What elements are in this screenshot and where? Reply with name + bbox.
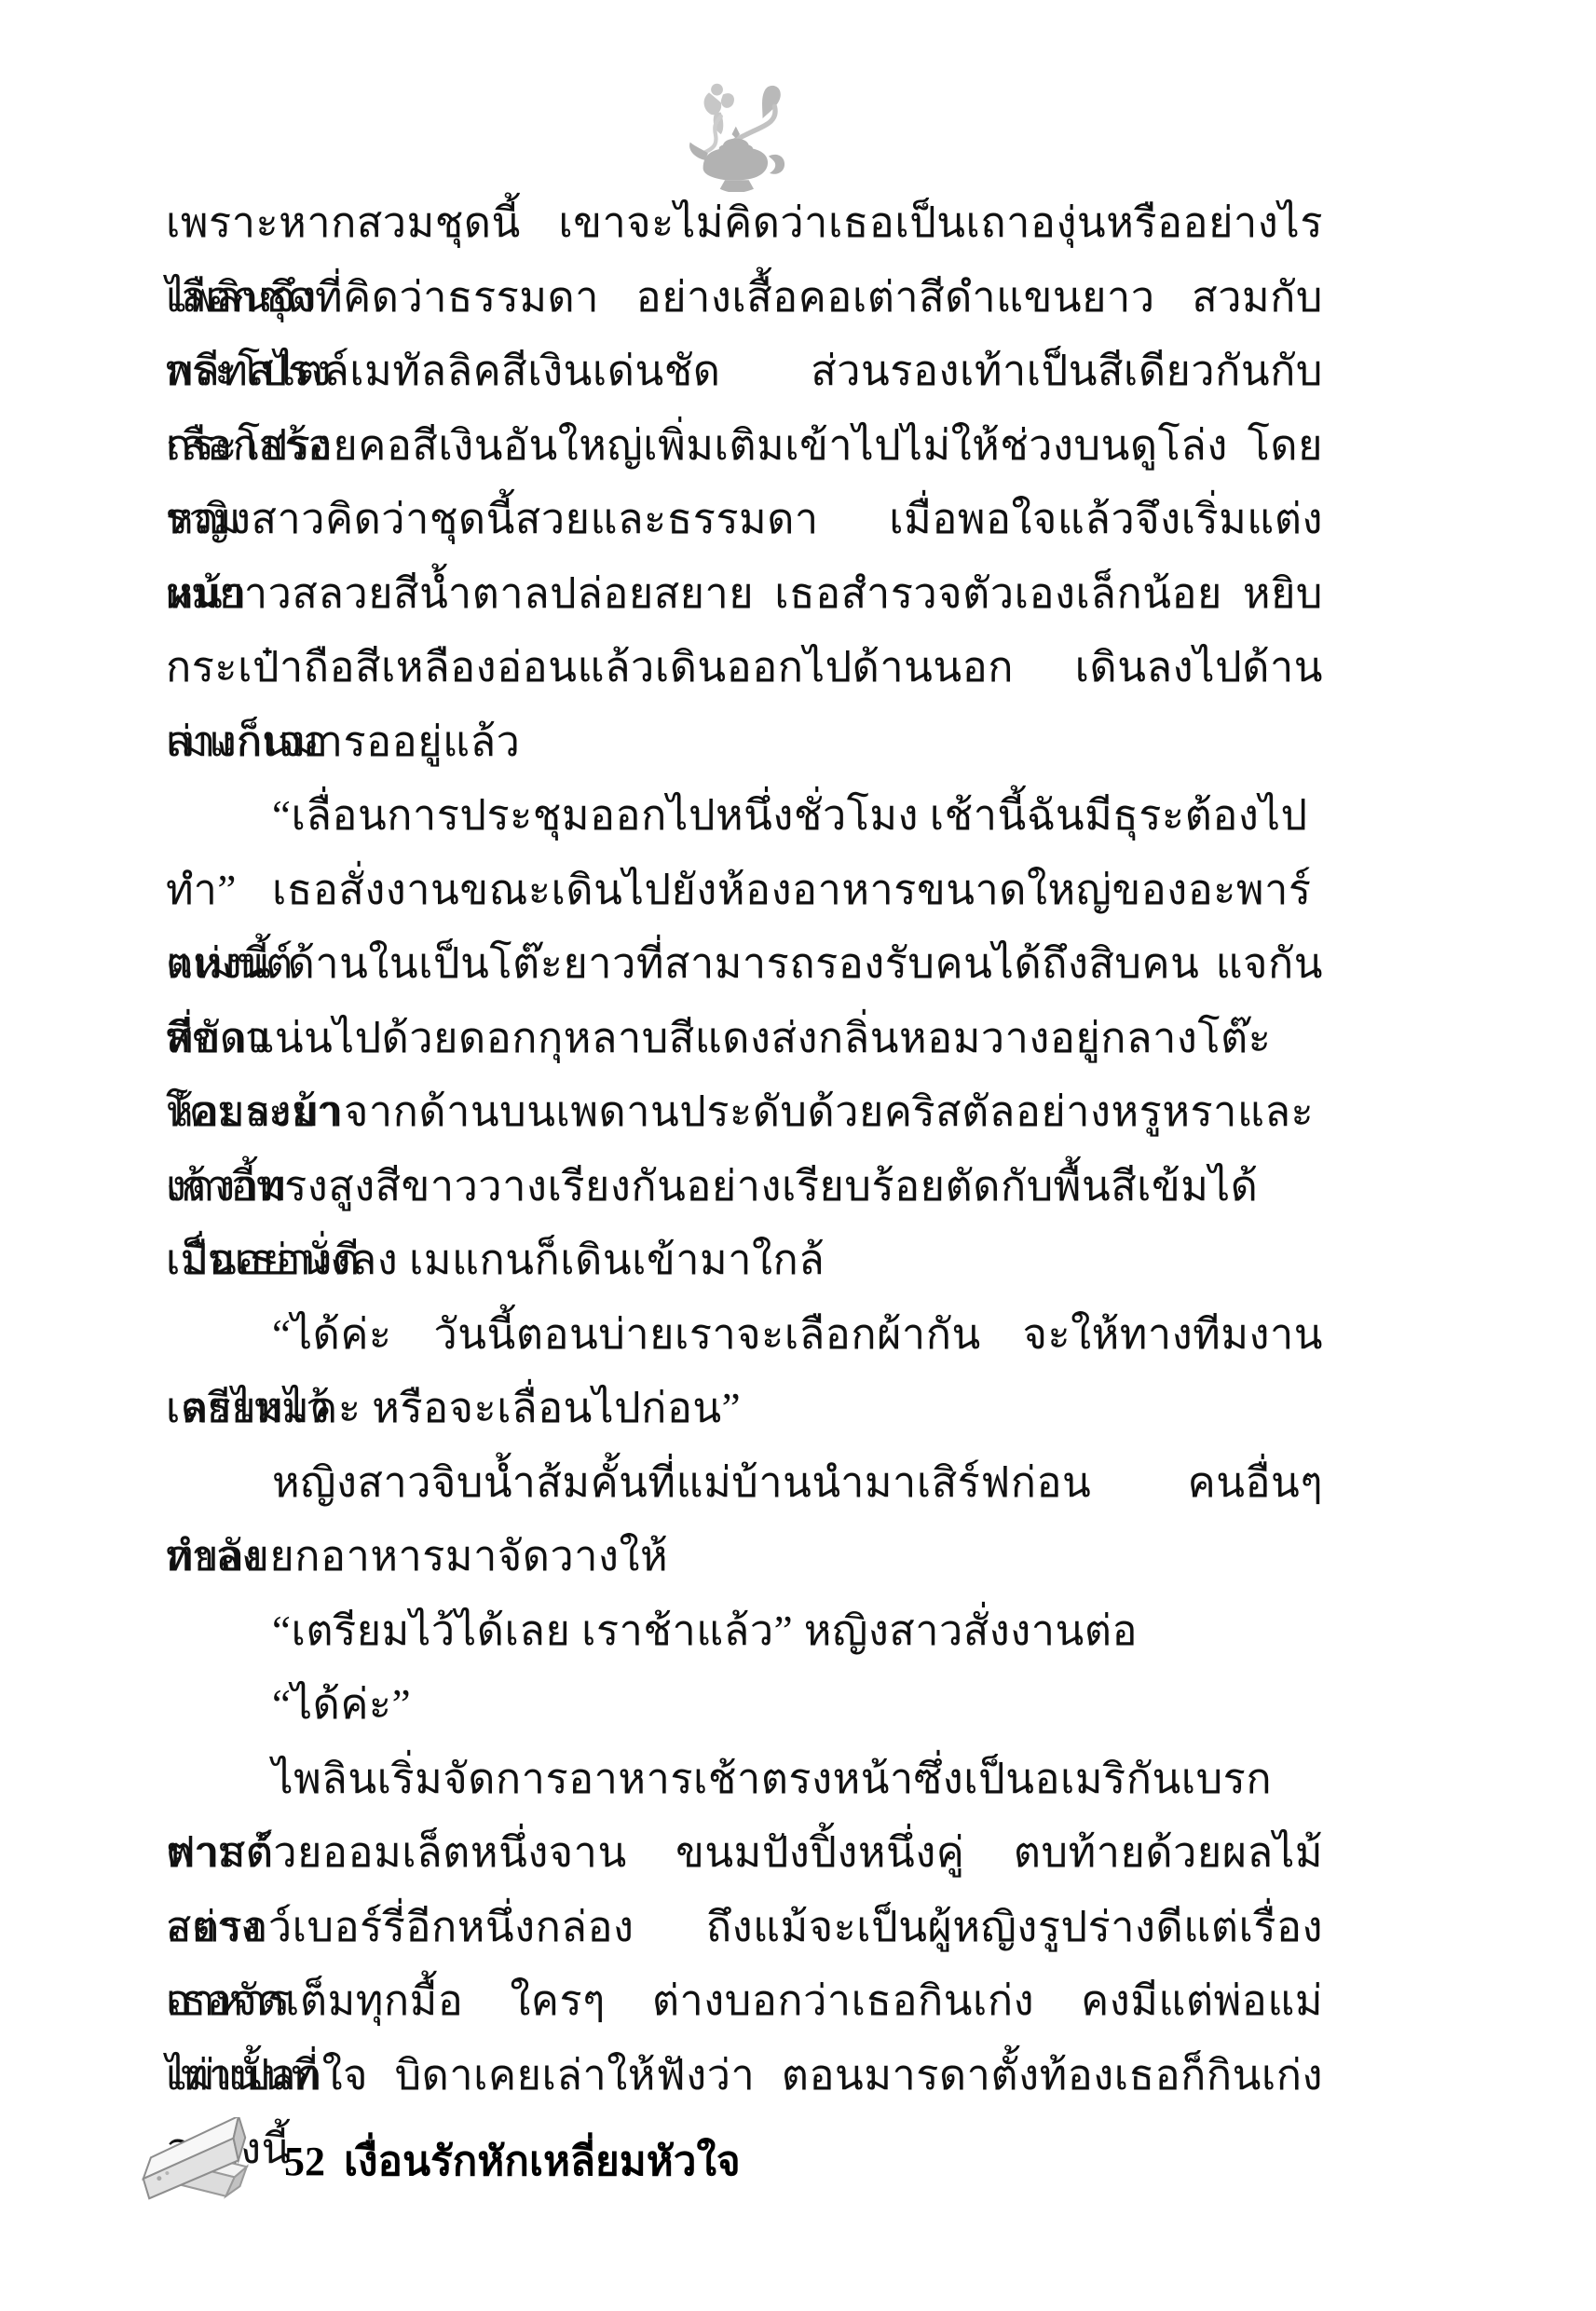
text-line: พลีทสไตล์เมทัลลิคสีเงินเด่นชัด ส่วนรองเท… <box>166 335 1323 409</box>
text-line: “เลื่อนการประชุมออกไปหนึ่งชั่วโมง เช้านี… <box>166 779 1323 854</box>
text-line: ห้อยลงมาจากด้านบนเพดานประดับด้วยคริสตัลอ… <box>166 1075 1323 1150</box>
text-line: เลือกสร้อยคอสีเงินอันใหญ่เพิ่มเติมเข้าไป… <box>166 409 1323 484</box>
text-line: เมแกนมารออยู่แล้ว <box>166 705 1323 780</box>
book-page: เพราะหากสวมชุดนี้ เขาจะไม่คิดว่าเธอเป็นเ… <box>0 0 1596 2311</box>
text-line: เก้าอี้ทรงสูงสีขาววางเรียงกันอย่างเรียบร… <box>166 1150 1323 1224</box>
text-line: ที่อัดแน่นไปด้วยดอกกุหลาบสีแดงส่งกลิ่นหอ… <box>166 1002 1323 1076</box>
page-number: 52 <box>284 2138 325 2185</box>
text-line: ผมยาวสลวยสีน้ำตาลปล่อยสยาย เธอสำรวจตัวเอ… <box>166 557 1323 632</box>
text-line: หญิงสาวจิบน้ำส้มคั้นที่แม่บ้านนำมาเสิร์ฟ… <box>166 1446 1323 1521</box>
text-line: เลือกชุดที่คิดว่าธรรมดา อย่างเสื้อคอเต่า… <box>166 261 1323 335</box>
text-line: เธอสั่งงานขณะเดินไปยังห้องอาหารขนาดใหญ่ข… <box>166 854 1323 928</box>
genie-lamp-ornament-icon <box>678 73 799 192</box>
text-line: แห่งนี้ ด้านในเป็นโต๊ะยาวที่สามารถรองรับ… <box>166 927 1323 1002</box>
text-line: เลยไหมคะ หรือจะเลื่อนไปก่อน” <box>166 1372 1323 1446</box>
text-line: “ได้ค่ะ” <box>166 1668 1323 1743</box>
text-line: “ได้ค่ะ วันนี้ตอนบ่ายเราจะเลือกผ้ากัน จะ… <box>166 1298 1323 1373</box>
text-line: “เตรียมไว้ได้เลย เราช้าแล้ว” หญิงสาวสั่ง… <box>166 1594 1323 1669</box>
silver-bars-icon <box>126 2117 264 2218</box>
text-line: ตามด้วยออมเล็ตหนึ่งจาน ขนมปังปิ้งหนึ่งคู… <box>166 1816 1323 1891</box>
body-text: เพราะหากสวมชุดนี้ เขาจะไม่คิดว่าเธอเป็นเ… <box>166 186 1323 2113</box>
footer-text: 52 เงื่อนรักหักเหลี่ยมหัวใจ <box>284 2128 741 2194</box>
text-line: เมื่อเธอนั่งลง เมแกนก็เดินเข้ามาใกล้ <box>166 1224 1323 1298</box>
book-title: เงื่อนรักหักเหลี่ยมหัวใจ <box>344 2128 741 2194</box>
text-line: เพราะหากสวมชุดนี้ เขาจะไม่คิดว่าเธอเป็นเ… <box>166 186 1323 261</box>
text-line: ทยอยยกอาหารมาจัดวางให้ <box>166 1520 1323 1594</box>
text-line: สตรอว์เบอร์รี่อีกหนึ่งกล่อง ถึงแม้จะเป็น… <box>166 1891 1323 1965</box>
page-footer: 52 เงื่อนรักหักเหลี่ยมหัวใจ <box>126 2117 741 2218</box>
text-line: กระเป๋าถือสีเหลืองอ่อนแล้วเดินออกไปด้านน… <box>166 631 1323 705</box>
text-line: ไม่แปลกใจ บิดาเคยเล่าให้ฟังว่า ตอนมารดาต… <box>166 2039 1323 2113</box>
text-line: ไพลินเริ่มจัดการอาหารเช้าตรงหน้าซึ่งเป็น… <box>166 1743 1323 1817</box>
text-line: เธอจัดเต็มทุกมื้อ ใครๆ ต่างบอกว่าเธอกินเ… <box>166 1964 1323 2039</box>
text-line: หญิงสาวคิดว่าชุดนี้สวยและธรรมดา เมื่อพอใ… <box>166 483 1323 557</box>
